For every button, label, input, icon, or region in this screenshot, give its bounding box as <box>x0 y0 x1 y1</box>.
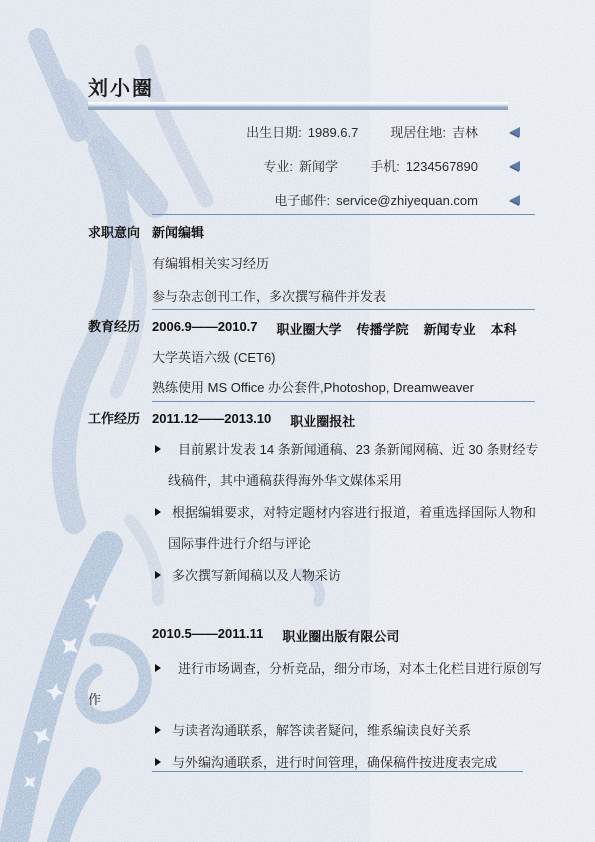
section-divider <box>152 771 523 772</box>
phone-value: 1234567890 <box>406 159 478 174</box>
wrapped-orphan-char: 作 <box>88 689 101 708</box>
education-major: 新闻专业 <box>424 319 476 338</box>
email-value: service@zhiyequan.com <box>336 193 478 208</box>
job-company: 职业圈报社 <box>290 411 355 430</box>
work-bullet: 多次撰写新闻稿以及人物采访 <box>155 565 341 584</box>
education-degree: 本科 <box>491 319 517 338</box>
major-value: 新闻学 <box>299 159 338 174</box>
bullet-continuation: 线稿件，其中通稿获得海外华文媒体采用 <box>168 470 402 489</box>
objective-title: 新闻编辑 <box>152 222 204 241</box>
objective-section-label: 求职意向 <box>88 222 152 241</box>
job-period: 2011.12——2013.10 <box>152 411 271 430</box>
info-row-major-phone: 专业:新闻学 手机:1234567890 <box>152 156 520 175</box>
left-triangle-icon <box>510 127 520 137</box>
email-label: 电子邮件: <box>275 193 331 208</box>
residence-field: 现居住地:吉林 <box>390 122 478 141</box>
education-school: 职业圈大学 <box>277 319 342 338</box>
bullet-triangle-icon <box>155 664 161 672</box>
birth-date-value: 1989.6.7 <box>308 125 359 140</box>
major-field: 专业:新闻学 <box>263 156 338 175</box>
phone-label: 手机: <box>370 159 400 174</box>
section-objective-header: 求职意向 新闻编辑 <box>88 222 204 241</box>
job2-header: 2010.5——2011.11 职业圈出版有限公司 <box>152 626 399 645</box>
education-college: 传播学院 <box>357 319 409 338</box>
info-row-email: 电子邮件:service@zhiyequan.com <box>152 190 520 209</box>
bullet-triangle-icon <box>155 508 161 516</box>
education-section-label: 教育经历 <box>88 316 152 335</box>
work-section-label: 工作经历 <box>88 408 152 427</box>
bullet-continuation: 国际事件进行介绍与评论 <box>168 533 311 552</box>
residence-label: 现居住地: <box>390 125 446 140</box>
residence-value: 吉林 <box>452 125 478 140</box>
work-bullet: 目前累计发表 14 条新闻通稿、23 条新闻网稿、近 30 条财经专 <box>155 439 538 458</box>
objective-line: 参与杂志创刊工作，多次撰写稿件并发表 <box>152 286 386 305</box>
bullet-triangle-icon <box>155 726 161 734</box>
left-triangle-icon <box>510 195 520 205</box>
objective-line: 有编辑相关实习经历 <box>152 253 269 272</box>
education-line: 大学英语六级 (CET6) <box>152 347 276 366</box>
section-divider <box>152 401 535 402</box>
birth-date-field: 出生日期:1989.6.7 <box>246 122 358 141</box>
major-label: 专业: <box>263 159 293 174</box>
work-bullet: 进行市场调查，分析竞品，细分市场，对本土化栏目进行原创写 <box>155 658 542 677</box>
section-divider <box>152 214 535 215</box>
name-underline-bar <box>88 102 508 110</box>
work-bullet: 与外编沟通联系，进行时间管理，确保稿件按进度表完成 <box>155 752 497 771</box>
education-line: 熟练使用 MS Office 办公套件,Photoshop, Dreamweav… <box>152 377 474 396</box>
bullet-text: 目前累计发表 14 条新闻通稿、23 条新闻网稿、近 30 条财经专 <box>178 439 538 458</box>
work-bullet: 与读者沟通联系，解答读者疑问，维系编读良好关系 <box>155 720 471 739</box>
email-field: 电子邮件:service@zhiyequan.com <box>275 190 478 209</box>
work-bullet: 根据编辑要求，对特定题材内容进行报道，着重选择国际人物和 <box>155 502 536 521</box>
section-divider <box>152 309 535 310</box>
bullet-text: 进行市场调查，分析竞品，细分市场，对本土化栏目进行原创写 <box>178 658 542 677</box>
education-period: 2006.9——2010.7 <box>152 319 258 338</box>
info-row-birth-location: 出生日期:1989.6.7 现居住地:吉林 <box>152 122 520 141</box>
section-work-header: 工作经历 2011.12——2013.10 职业圈报社 <box>88 408 355 430</box>
job-company: 职业圈出版有限公司 <box>282 626 399 645</box>
job-period: 2010.5——2011.11 <box>152 626 263 645</box>
candidate-name: 刘小圈 <box>88 72 154 101</box>
bullet-triangle-icon <box>155 445 161 453</box>
left-triangle-icon <box>510 161 520 171</box>
bullet-text: 多次撰写新闻稿以及人物采访 <box>172 565 341 584</box>
bullet-text: 与读者沟通联系，解答读者疑问，维系编读良好关系 <box>172 720 471 739</box>
section-education-header: 教育经历 2006.9——2010.7 职业圈大学 传播学院 新闻专业 本科 <box>88 316 517 338</box>
bullet-triangle-icon <box>155 758 161 766</box>
resume-page: 刘小圈 出生日期:1989.6.7 现居住地:吉林 专业:新闻学 手机:1234… <box>0 0 595 842</box>
phone-field: 手机:1234567890 <box>370 156 478 175</box>
birth-date-label: 出生日期: <box>246 125 302 140</box>
bullet-text: 与外编沟通联系，进行时间管理，确保稿件按进度表完成 <box>172 752 497 771</box>
bullet-triangle-icon <box>155 571 161 579</box>
bullet-text: 根据编辑要求，对特定题材内容进行报道，着重选择国际人物和 <box>172 502 536 521</box>
